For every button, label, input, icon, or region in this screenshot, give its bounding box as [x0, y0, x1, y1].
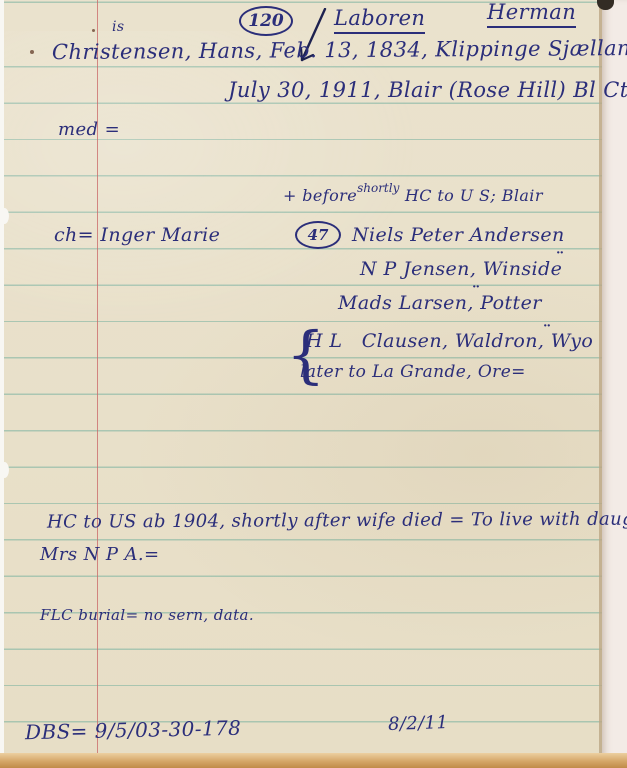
name-correction-superscript: is — [112, 20, 124, 34]
scan-left-edge — [0, 0, 4, 768]
ditto-mark: ¨ — [556, 249, 564, 268]
occupation-text: Laboren — [334, 6, 425, 34]
residence-line-2: later to La Grande, Ore= — [300, 364, 526, 381]
immigration-note: + beforeshortly HC to U S; Blair — [283, 188, 543, 204]
occupation-label: Laboren — [334, 8, 425, 29]
burial-note: FLC burial= no sern, data. — [40, 608, 254, 623]
record-number-circle: 120 — [239, 6, 293, 36]
vitals-line-2: July 30, 1911, Blair (Rose Hill) Bl Cty, — [228, 80, 627, 101]
immigration-note-insert: shortly — [357, 181, 399, 195]
spouse-name-2: N P Jensen, Winside — [360, 260, 562, 279]
page-bottom-edge — [0, 753, 627, 768]
note-line-2: Mrs N P A.= — [40, 546, 160, 564]
spouse-name-3: Mads Larsen, Potter — [338, 294, 542, 313]
note-line-1: HC to US ab 1904, shortly after wife die… — [47, 510, 627, 531]
red-margin-line — [97, 0, 98, 756]
entry-date: 8/2/11 — [388, 714, 449, 734]
paper-speck — [92, 29, 95, 32]
spouse-name-1: Niels Peter Andersen — [352, 226, 565, 245]
source-reference: DBS= 9/5/03-30-178 — [25, 718, 242, 743]
paper-speck — [30, 50, 34, 54]
vitals-line-1: Christensen, Hans, Feb. 13, 1834, Klippi… — [52, 38, 627, 63]
name-variant-label: Herman — [487, 2, 576, 23]
spouse-record-number-circle: 47 — [295, 221, 341, 249]
immigration-note-prefix: + before — [283, 186, 357, 205]
scanned-genealogy-page: 120 Laboren Herman is Christensen, Hans,… — [0, 0, 627, 768]
name-variant-text: Herman — [487, 0, 576, 28]
ditto-mark: ¨ — [543, 322, 551, 341]
child-line: ch= Inger Marie — [54, 226, 220, 245]
ditto-mark: ¨ — [472, 283, 480, 302]
scan-right-strip — [602, 0, 627, 768]
record-number: 120 — [248, 11, 284, 31]
paper-tear — [0, 208, 9, 224]
immigration-note-rest: HC to U S; Blair — [399, 186, 543, 205]
med-label: med = — [58, 121, 120, 139]
paper-tear — [0, 462, 9, 478]
spouse-record-number: 47 — [308, 226, 329, 244]
